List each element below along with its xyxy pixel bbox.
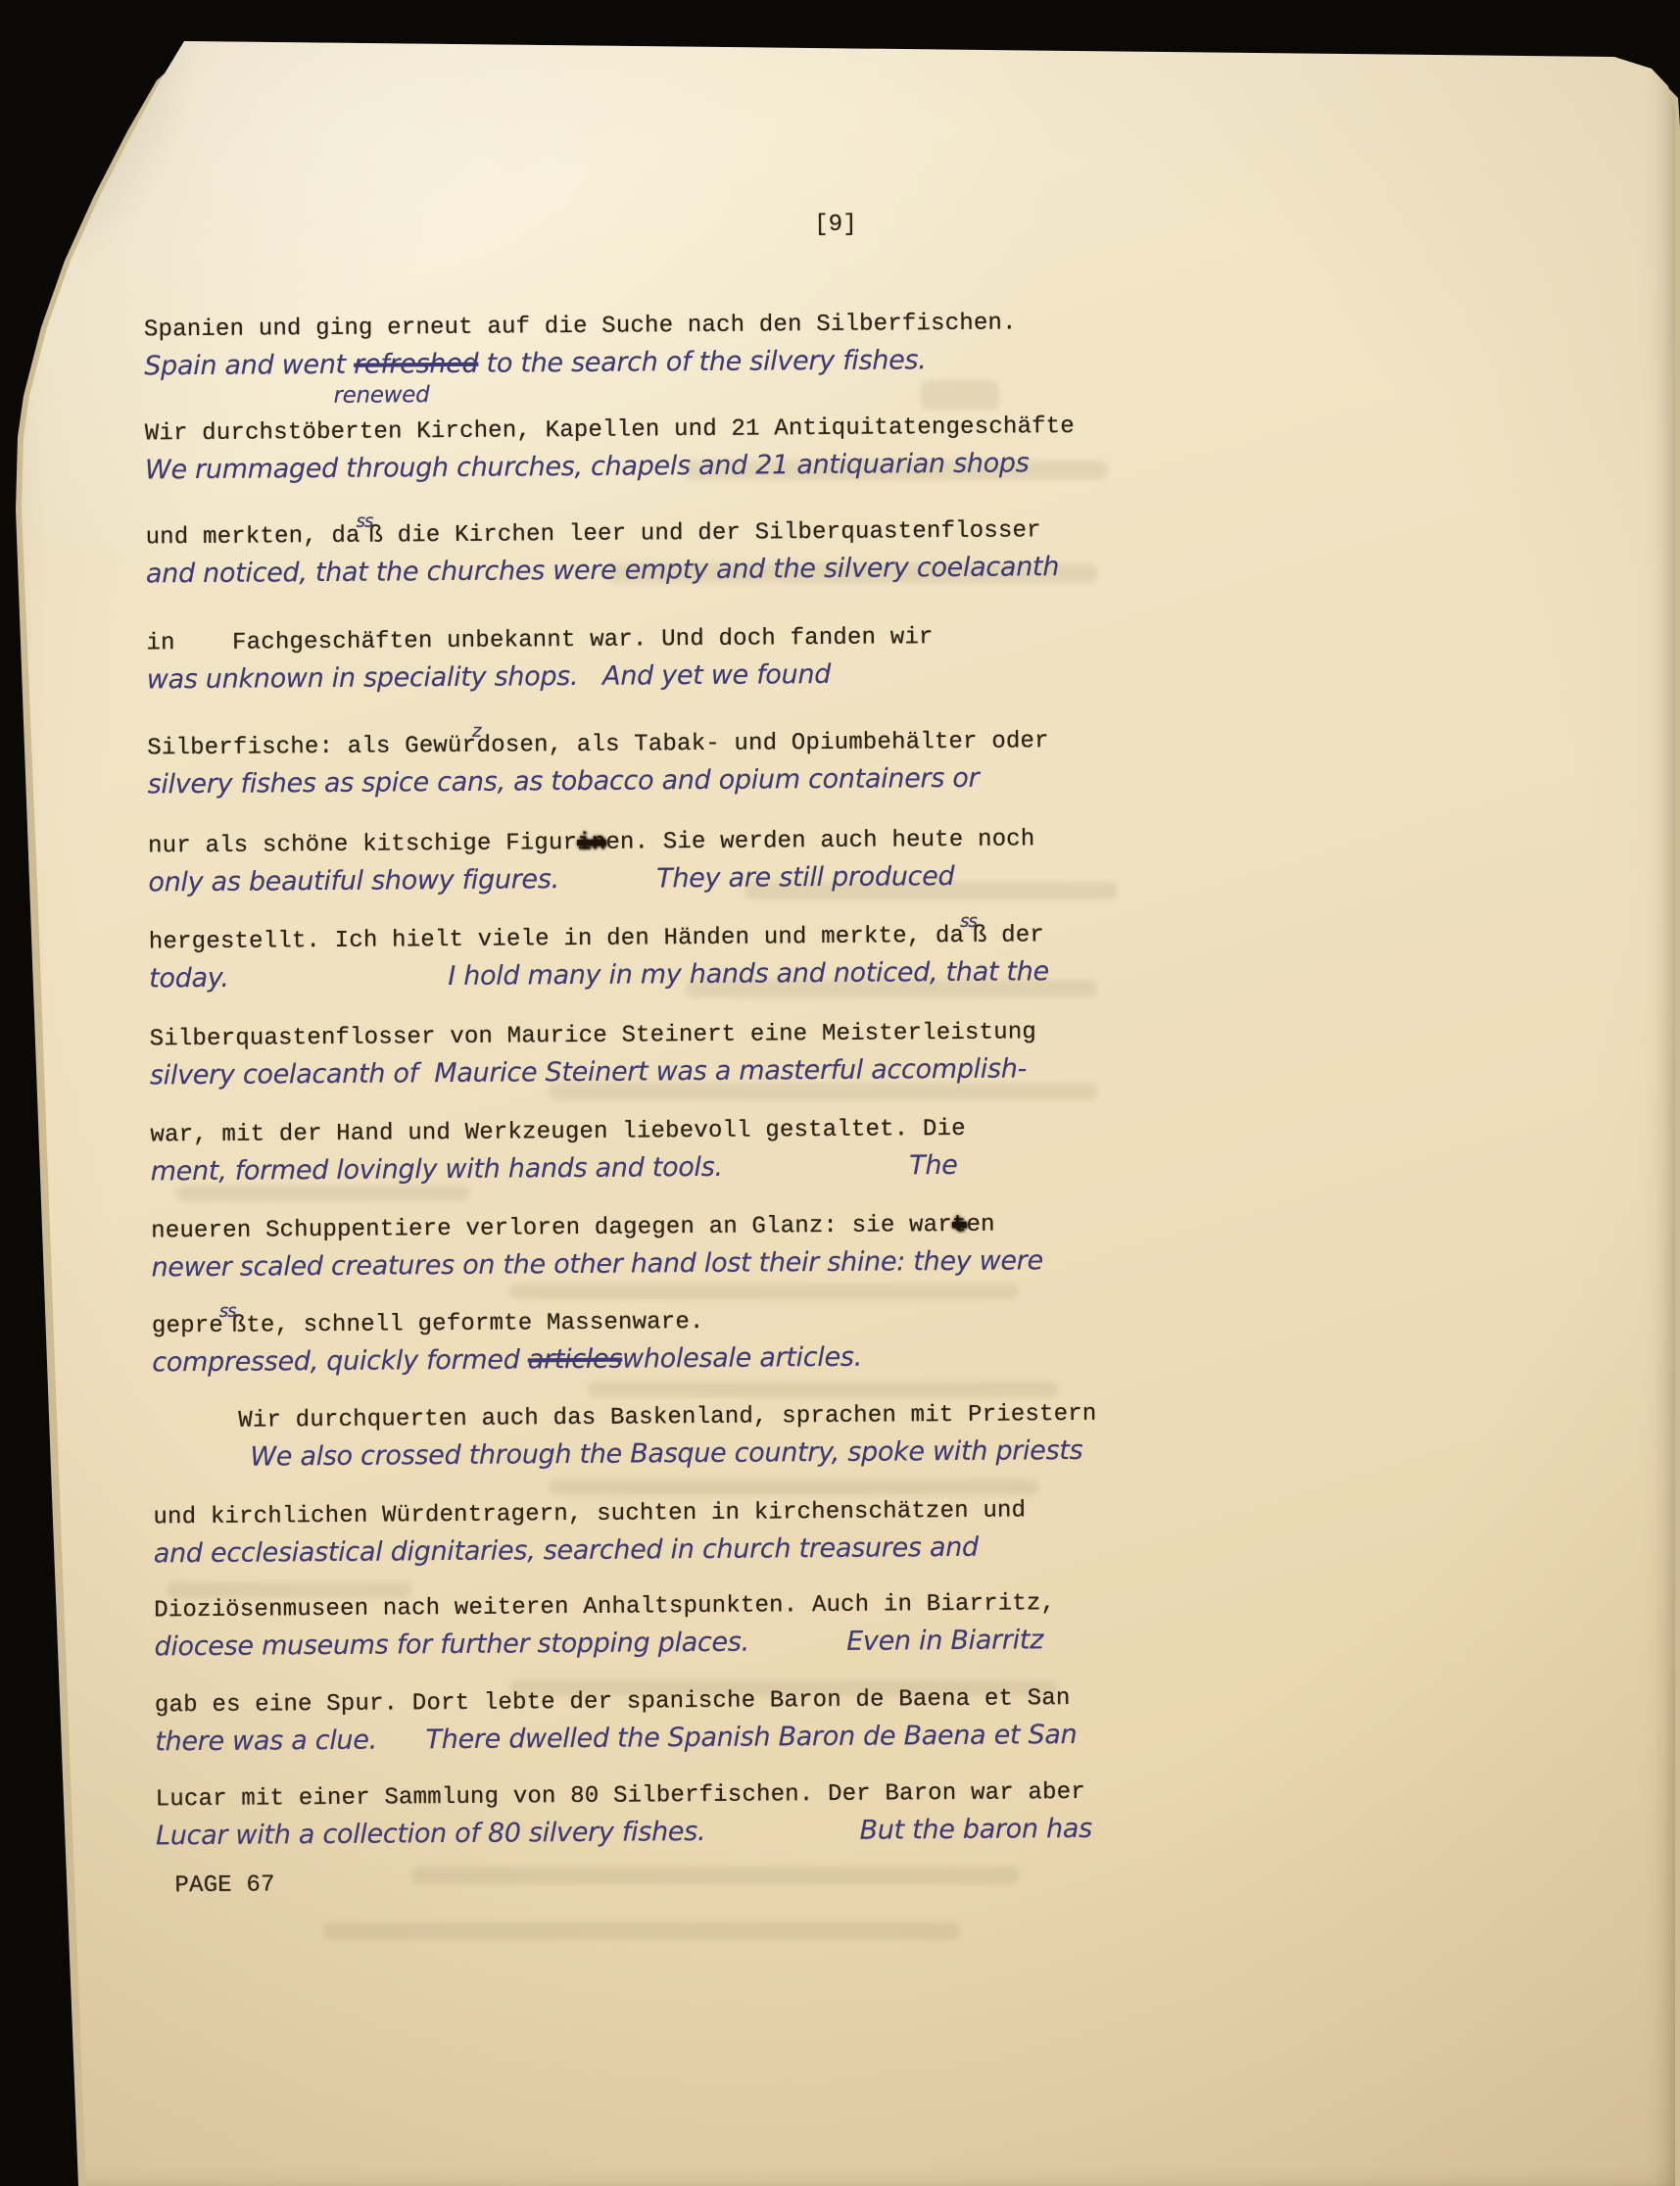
text-segment: there was a clue. There dwelled the Span… (155, 1720, 1077, 1757)
line-pair: Silberquastenflosser von Maurice Steiner… (150, 1015, 1621, 1092)
typed-line: war, mit der Hand und Werkzeugen liebevo… (150, 1111, 1621, 1149)
text-segment: en (966, 1212, 994, 1239)
handwritten-translation-line: compressed, quickly formed articleswhole… (152, 1336, 1623, 1379)
page-footer: PAGE 67 (174, 1871, 274, 1899)
text-segment: today. I hold many in my hands and notic… (149, 956, 1049, 994)
text-segment: war, mit der Hand und Werkzeugen liebevo… (150, 1116, 966, 1149)
handwritten-translation-line: and ecclesiastical dignitaries, searched… (154, 1528, 1625, 1570)
typed-line: Wir durchstöberten Kirchen, Kapellen und… (145, 410, 1616, 448)
typed-line: Silberfische: als Gewürzdosen, als Tabak… (147, 724, 1618, 762)
manuscript-page: [9] PAGE 67 Spanien und ging erneut auf … (0, 0, 1680, 2186)
handwritten-translation-line: Lucar with a collection of 80 silvery fi… (156, 1810, 1627, 1852)
handwritten-translation-line: there was a clue. There dwelled the Span… (155, 1716, 1626, 1758)
annotation-sup: ss (960, 911, 977, 932)
line-pair: Wir durchquerten auch das Baskenland, sp… (153, 1397, 1624, 1474)
typed-line: in Fachgeschäften unbekannt war. Und doc… (146, 619, 1617, 657)
text-segment: silvery fishes as spice cans, as tobacco… (148, 763, 980, 801)
text-segment: silvery coelacanth of Maurice Steinert w… (150, 1053, 1027, 1091)
text-segment: Lucar mit einer Sammlung von 80 Silberfi… (156, 1779, 1085, 1813)
typed-line: Silberquastenflosser von Maurice Steiner… (150, 1015, 1621, 1053)
text-segment: only as beautiful showy figures. They ar… (148, 861, 954, 898)
line-pair: in Fachgeschäften unbekannt war. Und doc… (146, 619, 1617, 696)
text-segment: Spain and went (144, 350, 354, 382)
annotation-overtype: in (577, 830, 605, 856)
text-segment: gab es eine Spur. Dort lebte der spanisc… (155, 1685, 1071, 1719)
text-segment: ß der (973, 922, 1044, 949)
text-segment: diocese museums for further stopping pla… (154, 1625, 1043, 1662)
handwritten-translation-line: Spain and went refreshedrenewed to the s… (144, 340, 1615, 382)
text-segment: was unknown in speciality shops. And yet… (147, 659, 831, 695)
text-segment: in Fachgeschäften unbekannt war. Und doc… (146, 624, 933, 656)
typed-line: und merkten, dassß die Kirchen leer und … (146, 513, 1617, 552)
typed-line: neueren Schuppentiere verloren dagegen a… (151, 1207, 1622, 1245)
text-segment: Lucar with a collection of 80 silvery fi… (156, 1814, 1092, 1852)
text-segment: hergestellt. Ich hielt viele in den Händ… (149, 923, 965, 956)
text-segment: and noticed, that the churches were empt… (146, 552, 1059, 589)
text-segment: Silberquastenflosser von Maurice Steiner… (150, 1019, 1037, 1052)
line-pair: gepressßte, schnell geformte Massenware.… (152, 1302, 1623, 1379)
handwritten-translation-line: silvery coelacanth of Maurice Steinert w… (150, 1049, 1621, 1092)
scanned-manuscript-photo: [9] PAGE 67 Spanien und ging erneut auf … (0, 0, 1680, 2186)
text-segment: Wir durchquerten auch das Baskenland, sp… (153, 1401, 1097, 1435)
annotation-sup: ss (219, 1301, 236, 1322)
handwritten-translation-line: diocese museums for further stopping pla… (154, 1621, 1625, 1663)
text-segment: to the search of the silvery fishes. (478, 345, 926, 379)
annotation-overtype: t (952, 1212, 967, 1239)
line-pair: Spanien und ging erneut auf die Suche na… (144, 306, 1615, 382)
text-segment: gepre (152, 1313, 223, 1340)
annotation-sup: z (472, 721, 481, 742)
line-pair: Silberfische: als Gewürzdosen, als Tabak… (147, 724, 1618, 801)
line-pair: war, mit der Hand und Werkzeugen liebevo… (150, 1111, 1621, 1188)
line-pair: Lucar mit einer Sammlung von 80 Silberfi… (156, 1775, 1627, 1852)
handwritten-translation-line: only as beautiful showy figures. They ar… (148, 856, 1619, 899)
handwritten-translation-line: today. I hold many in my hands and notic… (149, 952, 1620, 995)
line-pair: Dioziösenmuseen nach weiteren Anhaltspun… (154, 1586, 1625, 1663)
line-pair: neueren Schuppentiere verloren dagegen a… (151, 1207, 1622, 1284)
line-pair: gab es eine Spur. Dort lebte der spanisc… (155, 1681, 1626, 1758)
annotation-strike: articles (528, 1344, 623, 1376)
text-segment: dosen, als Tabak- und Opiumbehälter oder (477, 728, 1049, 759)
typed-line: gab es eine Spur. Dort lebte der spanisc… (155, 1681, 1626, 1720)
typed-line: Lucar mit einer Sammlung von 80 Silberfi… (156, 1775, 1627, 1814)
typed-line: Dioziösenmuseen nach weiteren Anhaltspun… (154, 1586, 1625, 1625)
line-pair: und kirchlichen Würdentragern, suchten i… (153, 1493, 1624, 1570)
handwritten-translation-line: was unknown in speciality shops. And yet… (147, 654, 1618, 696)
typed-line: Spanien und ging erneut auf die Suche na… (144, 306, 1615, 344)
text-segment: and ecclesiastical dignitaries, searched… (154, 1532, 979, 1570)
line-pair: hergestellt. Ich hielt viele in den Händ… (149, 918, 1620, 995)
typed-line: gepressßte, schnell geformte Massenware. (152, 1302, 1623, 1340)
text-segment: ß die Kirchen leer und der Silberquasten… (368, 517, 1041, 549)
handwritten-translation-line: We also crossed through the Basque count… (153, 1432, 1624, 1474)
text-segment: We rummaged through churches, chapels an… (145, 448, 1030, 485)
page-text-layer: [9] PAGE 67 Spanien und ging erneut auf … (0, 0, 1680, 2186)
text-segment: wholesale articles. (622, 1342, 862, 1375)
text-segment: Wir durchstöberten Kirchen, Kapellen und… (145, 413, 1075, 447)
line-pair: Wir durchstöberten Kirchen, Kapellen und… (145, 410, 1616, 486)
text-segment: en. Sie werden auch heute noch (605, 826, 1034, 855)
text-segment: Spanien und ging erneut auf die Suche na… (144, 310, 1017, 343)
handwritten-translation-line: ment, formed lovingly with hands and too… (151, 1145, 1622, 1188)
page-number-header: [9] (814, 212, 857, 238)
text-segment: We also crossed through the Basque count… (153, 1435, 1083, 1473)
text-segment: und merkten, da (146, 523, 360, 552)
handwritten-translation-line: silvery fishes as spice cans, as tobacco… (148, 758, 1619, 801)
text-segment: nur als schöne kitschige Figur (148, 830, 577, 859)
text-segment: newer scaled creatures on the other hand… (151, 1245, 1043, 1283)
text-segment: compressed, quickly formed (152, 1344, 528, 1378)
text-segment: Silberfische: als Gewür (147, 733, 476, 762)
typed-line: und kirchlichen Würdentragern, suchten i… (153, 1493, 1624, 1531)
handwritten-translation-line: newer scaled creatures on the other hand… (151, 1241, 1622, 1284)
text-segment: und kirchlichen Würdentragern, suchten i… (153, 1497, 1026, 1530)
text-segment: ßte, schnell geformte Massenware. (232, 1309, 704, 1339)
line-pair: und merkten, dassß die Kirchen leer und … (146, 513, 1617, 590)
handwritten-translation-line: and noticed, that the churches were empt… (146, 548, 1617, 590)
text-segment: Dioziösenmuseen nach weiteren Anhaltspun… (154, 1590, 1055, 1624)
typed-line: hergestellt. Ich hielt viele in den Händ… (149, 918, 1620, 956)
text-segment: neueren Schuppentiere verloren dagegen a… (151, 1212, 952, 1244)
line-pair: nur als schöne kitschige Figurinen. Sie … (148, 822, 1619, 899)
text-segment: ment, formed lovingly with hands and too… (151, 1150, 958, 1187)
annotation-sup: ss (356, 511, 372, 532)
handwritten-translation-line: We rummaged through churches, chapels an… (145, 444, 1616, 486)
typed-line: Wir durchquerten auch das Baskenland, sp… (153, 1397, 1624, 1435)
typed-line: nur als schöne kitschige Figurinen. Sie … (148, 822, 1619, 860)
annotation-strike: refreshed (354, 349, 478, 380)
